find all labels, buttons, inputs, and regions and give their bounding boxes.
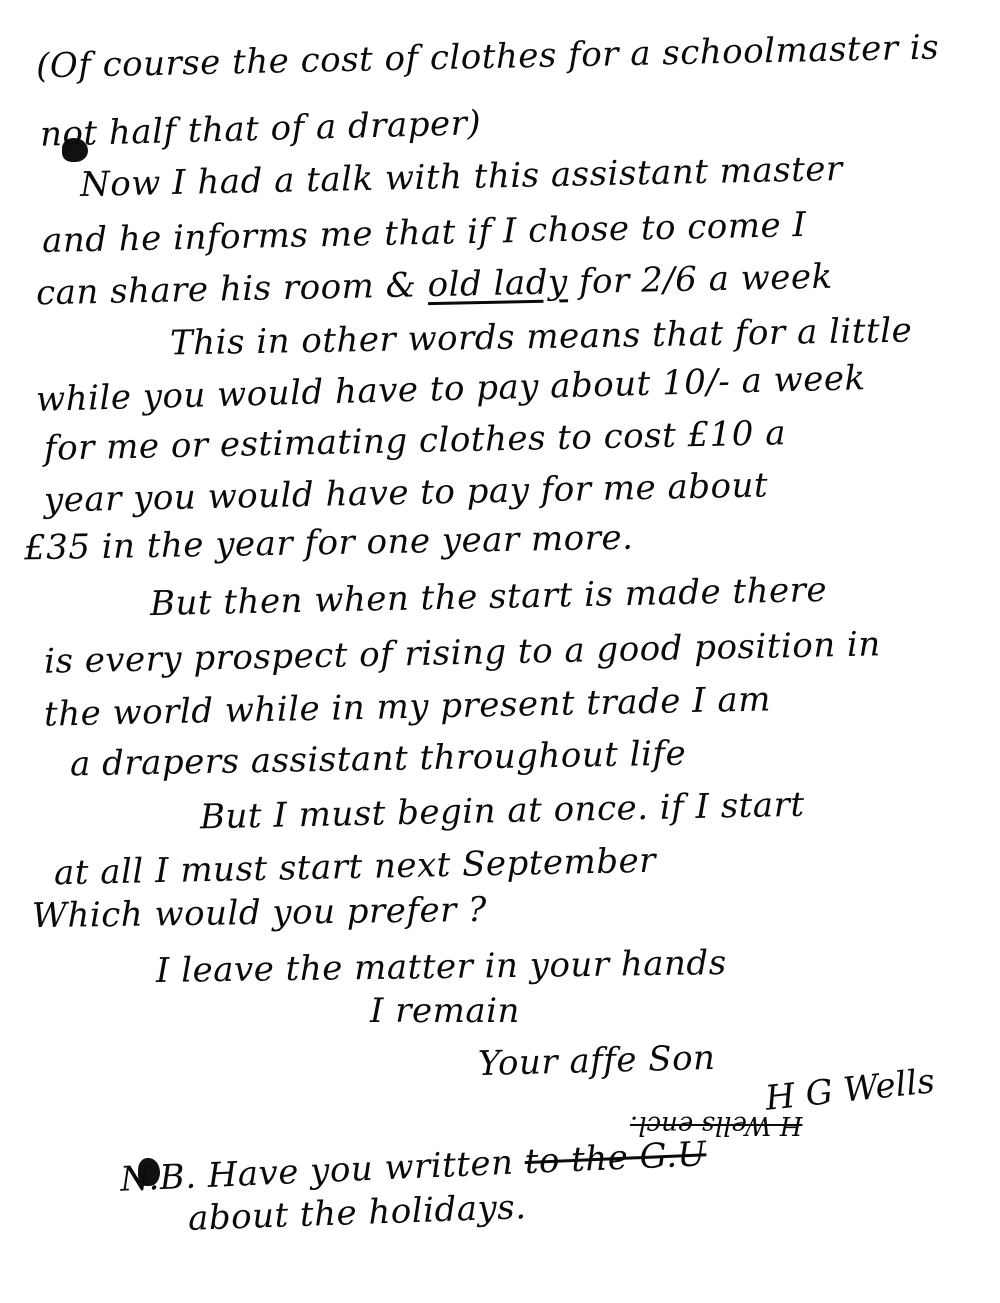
valediction: Your affe Son [478, 1041, 716, 1081]
letter-line: I leave the matter in your hands [156, 946, 727, 988]
letter-line: But then when the start is made there [150, 573, 828, 621]
handwritten-letter-page: (Of course the cost of clothes for a sch… [0, 0, 1000, 1303]
letter-line: not half that of a draper) [40, 106, 482, 152]
underlined-phrase: old lady [427, 262, 568, 305]
letter-line: at all I must start next September [54, 844, 657, 891]
letter-line: the world while in my present trade I am [44, 682, 772, 731]
letter-line: Which would you prefer ? [32, 893, 487, 933]
letter-text: for 2/6 a week [579, 257, 833, 302]
postscript-line: N.B. Have you written to the G.U [120, 1137, 708, 1197]
postscript-line: about the holidays. [188, 1190, 527, 1236]
letter-line: and he informs me that if I chose to com… [42, 208, 807, 258]
letter-line: This in other words means that for a lit… [170, 314, 913, 361]
letter-line: But I must begin at once. if I start [200, 788, 805, 835]
letter-line: a drapers assistant throughout life [70, 737, 687, 782]
letter-line: can share his room & old lady for 2/6 a … [36, 260, 833, 311]
letter-line: £35 in the year for one year more. [24, 521, 634, 566]
letter-text: can share his room [36, 266, 375, 313]
postscript-mark: N.B. [119, 1156, 197, 1199]
letter-line: Now I had a talk with this assistant mas… [80, 152, 843, 202]
letter-line: (Of course the cost of clothes for a sch… [36, 31, 940, 84]
postscript-text: Have you written [207, 1143, 514, 1196]
letter-line: for me or estimating clothes to cost £10… [44, 416, 787, 466]
letter-line: is every prospect of rising to a good po… [44, 627, 881, 679]
ampersand: & [385, 265, 417, 306]
closing: I remain [370, 994, 520, 1028]
letter-line: year you would have to pay for me about [44, 468, 769, 517]
letter-line: while you would have to pay about 10/- a… [36, 361, 866, 417]
struck-text: to the G.U [524, 1134, 707, 1182]
